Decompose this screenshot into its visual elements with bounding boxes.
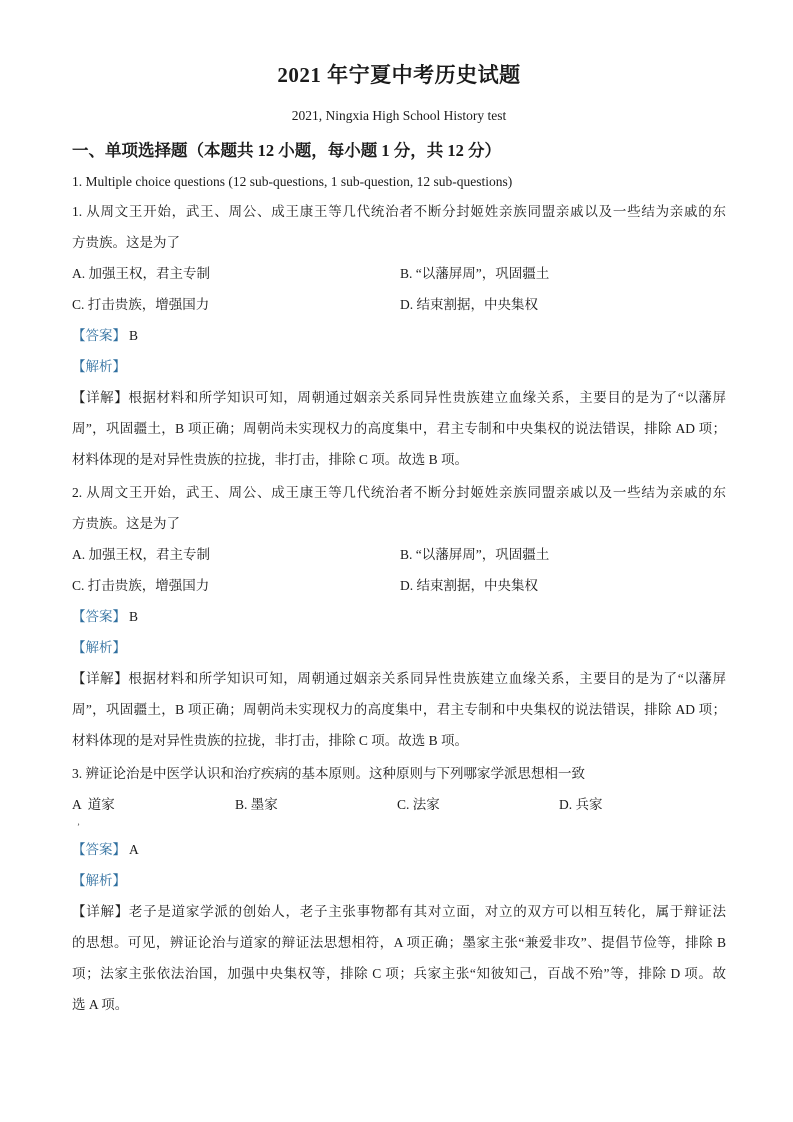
stem-line: 3. 辨证论治是中医学认识和治疗疾病的基本原则。这种原则与下列哪家学派思想相一致: [72, 758, 726, 789]
analysis-label: 【解析】: [72, 873, 126, 888]
stem-line: 方贵族。这是为了: [72, 227, 726, 258]
option-c: C. 打击贵族，增强国力: [72, 289, 209, 320]
answer-label: 【答案】: [72, 328, 126, 343]
detail-line: 材料体现的是对异性贵族的拉拢，非打击，排除 C 项。故选 B 项。: [72, 444, 726, 475]
document-title: 2021 年宁夏中考历史试题: [72, 58, 726, 92]
answer-value: B: [129, 609, 138, 624]
stray-mark: ’: [72, 820, 726, 834]
section-heading-en: 1. Multiple choice questions (12 sub-que…: [72, 170, 726, 194]
options-row: C. 打击贵族，增强国力 D. 结束割据，中央集权: [72, 289, 726, 320]
question-block-3: 3. 辨证论治是中医学认识和治疗疾病的基本原则。这种原则与下列哪家学派思想相一致…: [72, 758, 726, 1020]
options-row: C. 打击贵族，增强国力 D. 结束割据，中央集权: [72, 570, 726, 601]
option-b: B. 墨家: [235, 789, 278, 820]
option-d: D. 结束割据，中央集权: [400, 570, 538, 601]
option-a: A. 加强王权，君主专制: [72, 539, 210, 570]
question-block-2: 2. 从周文王开始，武王、周公、成王康王等几代统治者不断分封姬姓亲族同盟亲戚以及…: [72, 477, 726, 756]
detail-line: 【详解】老子是道家学派的创始人，老子主张事物都有其对立面，对立的双方可以相互转化…: [72, 896, 726, 927]
analysis-label: 【解析】: [72, 640, 126, 655]
detail-line: 选 A 项。: [72, 989, 726, 1020]
answer-value: B: [129, 328, 138, 343]
option-d: D. 结束割据，中央集权: [400, 289, 538, 320]
detail-line: 项；法家主张依法治国，加强中央集权等，排除 C 项；兵家主张“知彼知己，百战不殆…: [72, 958, 726, 989]
detail-paragraph: 【详解】根据材料和所学知识可知，周朝通过姻亲关系同异性贵族建立血缘关系，主要目的…: [72, 382, 726, 475]
answer-label: 【答案】: [72, 609, 126, 624]
option-b: B. “以藩屏周”，巩固疆土: [400, 258, 549, 289]
detail-line: 【详解】根据材料和所学知识可知，周朝通过姻亲关系同异性贵族建立血缘关系，主要目的…: [72, 663, 726, 694]
detail-line: 周”，巩固疆土，B 项正确；周朝尚未实现权力的高度集中，君主专制和中央集权的说法…: [72, 694, 726, 725]
question-stem: 3. 辨证论治是中医学认识和治疗疾病的基本原则。这种原则与下列哪家学派思想相一致: [72, 758, 726, 789]
exam-document-page: 2021 年宁夏中考历史试题 2021, Ningxia High School…: [0, 0, 793, 1122]
question-block-1: 1. 从周文王开始，武王、周公、成王康王等几代统治者不断分封姬姓亲族同盟亲戚以及…: [72, 196, 726, 475]
option-a: A. 加强王权，君主专制: [72, 258, 210, 289]
options-row: A 道家 B. 墨家 C. 法家 D. 兵家: [72, 789, 726, 820]
detail-paragraph: 【详解】根据材料和所学知识可知，周朝通过姻亲关系同异性贵族建立血缘关系，主要目的…: [72, 663, 726, 756]
section-heading: 一、单项选择题（本题共 12 小题，每小题 1 分，共 12 分）: [72, 138, 726, 164]
question-stem: 2. 从周文王开始，武王、周公、成王康王等几代统治者不断分封姬姓亲族同盟亲戚以及…: [72, 477, 726, 539]
stem-line: 1. 从周文王开始，武王、周公、成王康王等几代统治者不断分封姬姓亲族同盟亲戚以及…: [72, 196, 726, 227]
answer-line: 【答案】B: [72, 320, 726, 351]
analysis-line: 【解析】: [72, 351, 726, 382]
detail-line: 周”，巩固疆土，B 项正确；周朝尚未实现权力的高度集中，君主专制和中央集权的说法…: [72, 413, 726, 444]
analysis-line: 【解析】: [72, 632, 726, 663]
answer-line: 【答案】B: [72, 601, 726, 632]
options-row: A. 加强王权，君主专制 B. “以藩屏周”，巩固疆土: [72, 539, 726, 570]
stem-line: 2. 从周文王开始，武王、周公、成王康王等几代统治者不断分封姬姓亲族同盟亲戚以及…: [72, 477, 726, 508]
question-stem: 1. 从周文王开始，武王、周公、成王康王等几代统治者不断分封姬姓亲族同盟亲戚以及…: [72, 196, 726, 258]
answer-label: 【答案】: [72, 842, 126, 857]
option-a: A 道家: [72, 789, 115, 820]
option-b: B. “以藩屏周”，巩固疆土: [400, 539, 549, 570]
stem-line: 方贵族。这是为了: [72, 508, 726, 539]
option-c: C. 打击贵族，增强国力: [72, 570, 209, 601]
analysis-label: 【解析】: [72, 359, 126, 374]
detail-paragraph: 【详解】老子是道家学派的创始人，老子主张事物都有其对立面，对立的双方可以相互转化…: [72, 896, 726, 1020]
document-subtitle: 2021, Ningxia High School History test: [72, 104, 726, 128]
options-row: A. 加强王权，君主专制 B. “以藩屏周”，巩固疆土: [72, 258, 726, 289]
answer-line: 【答案】A: [72, 834, 726, 865]
detail-line: 材料体现的是对异性贵族的拉拢，非打击，排除 C 项。故选 B 项。: [72, 725, 726, 756]
detail-line: 的思想。可见，辨证论治与道家的辩证法思想相符，A 项正确；墨家主张“兼爱非攻”、…: [72, 927, 726, 958]
answer-value: A: [129, 842, 139, 857]
analysis-line: 【解析】: [72, 865, 726, 896]
option-c: C. 法家: [397, 789, 440, 820]
option-d: D. 兵家: [559, 789, 603, 820]
detail-line: 【详解】根据材料和所学知识可知，周朝通过姻亲关系同异性贵族建立血缘关系，主要目的…: [72, 382, 726, 413]
